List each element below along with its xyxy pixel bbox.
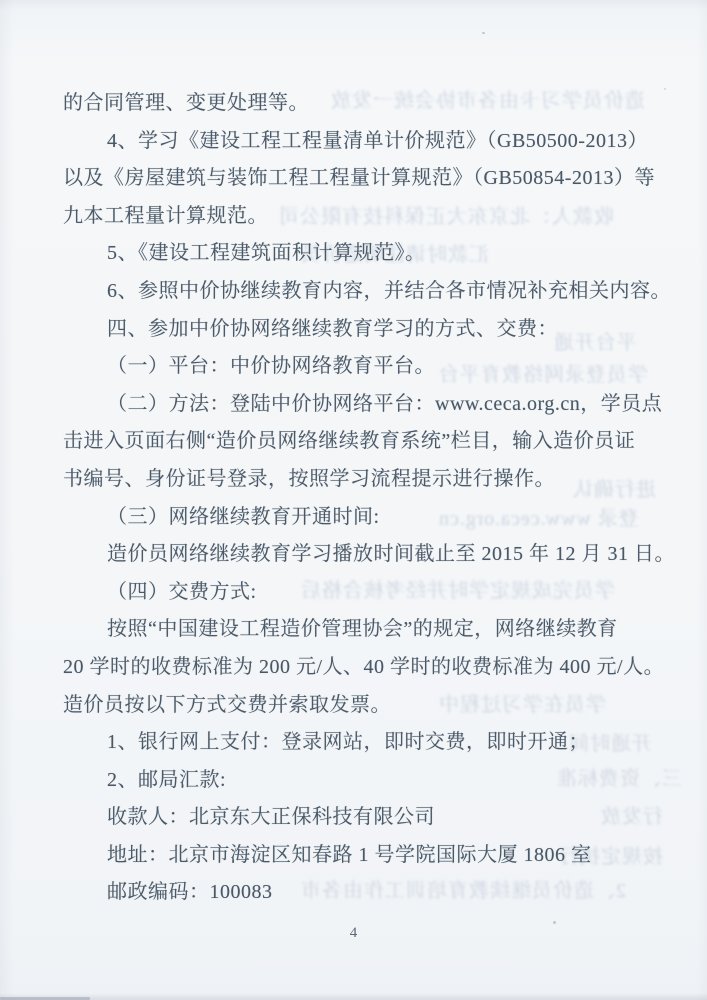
scan-speck: [482, 32, 485, 34]
text-line: 6、参照中价协继续教育内容，并结合各市情况补充相关内容。: [63, 273, 653, 311]
text-line: 的合同管理、变更处理等。: [63, 85, 653, 123]
text-line: 四、参加中价协网络继续教育学习的方式、交费：: [63, 311, 653, 349]
text-line: 造价员按以下方式交费并索取发票。: [63, 687, 653, 725]
scan-speck: [664, 88, 666, 90]
text-line: 2、邮局汇款:: [63, 762, 653, 800]
page-number: 4: [0, 925, 707, 942]
text-line: 地址：北京市海淀区知春路 1 号学院国际大厦 1806 室: [63, 837, 653, 875]
text-line: （二）方法：登陆中价协网络平台：www.ceca.org.cn，学员点: [63, 386, 653, 424]
scan-edge-shadow: [0, 993, 707, 1000]
text-line: 按照“中国建设工程造价管理协会”的规定，网络继续教育: [63, 611, 653, 649]
text-line: 九本工程量计算规范。: [63, 198, 653, 236]
text-line: （四）交费方式:: [63, 574, 653, 612]
text-line: 20 学时的收费标准为 200 元/人、40 学时的收费标准为 400 元/人。: [63, 649, 653, 687]
text-line: 邮政编码：100083: [63, 874, 653, 912]
scan-speck: [553, 921, 556, 924]
text-line: （三）网络继续教育开通时间:: [63, 499, 653, 537]
text-line: 1、银行网上支付：登录网站，即时交费，即时开通；: [63, 724, 653, 762]
text-line: 造价员网络继续教育学习播放时间截止至 2015 年 12 月 31 日。: [63, 536, 653, 574]
text-line: 4、学习《建设工程工程量清单计价规范》（GB50500-2013）: [63, 123, 653, 161]
text-line: （一）平台：中价协网络教育平台。: [63, 348, 653, 386]
text-line: 收款人：北京东大正保科技有限公司: [63, 799, 653, 837]
document-body: 的合同管理、变更处理等。4、学习《建设工程工程量清单计价规范》（GB50500-…: [63, 85, 653, 912]
text-line: 5、《建设工程建筑面积计算规范》。: [63, 235, 653, 273]
text-line: 以及《房屋建筑与装饰工程工程量计算规范》（GB50854-2013）等: [63, 160, 653, 198]
text-line: 击进入页面右侧“造价员网络继续教育系统”栏目，输入造价员证: [63, 423, 653, 461]
scanned-document-page: 造价员学习卡由各市协会统一发放收款人：北京东大正保科技有限公司汇款时请注明造价员…: [0, 0, 707, 1000]
text-line: 书编号、身份证号登录，按照学习流程提示进行操作。: [63, 461, 653, 499]
